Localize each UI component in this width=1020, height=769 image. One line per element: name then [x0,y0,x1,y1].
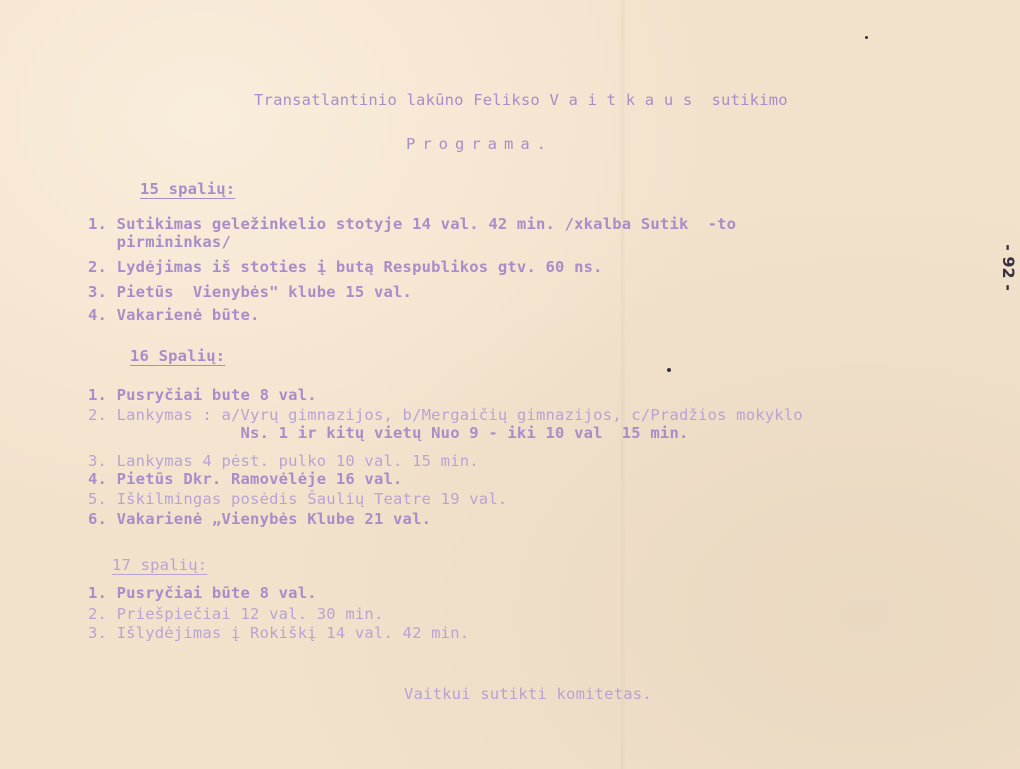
list-item: 1. Pusryčiai būte 8 val. [88,584,317,602]
day-heading-15: 15 spalių: [140,180,235,198]
document-title: Transatlantinio lakūno Felikso V a i t k… [254,91,788,109]
list-item: pirmininkas/ [88,233,231,251]
list-item: 3. Pietūs Vienybės" klube 15 val. [88,283,412,301]
paper-background [0,0,1020,769]
list-item: 6. Vakarienė „Vienybės Klube 21 val. [88,510,431,528]
list-item: 2. Lydėjimas iš stoties į butą Respublik… [88,258,603,276]
list-item: Ns. 1 ir kitų vietų Nuo 9 - iki 10 val 1… [88,424,689,442]
list-item: 4. Vakarienė būte. [88,306,260,324]
list-item: 2. Priešpiečiai 12 val. 30 min. [88,605,384,623]
page-number: - 92 - [999,244,1018,291]
list-item: 2. Lankymas : a/Vyrų gimnazijos, b/Merga… [88,406,803,424]
document-subtitle: Programa. [406,135,553,153]
list-item: 1. Sutikimas geležinkelio stotyje 14 val… [88,215,736,233]
ink-speck [865,36,868,39]
signature: Vaitkui sutikti komitetas. [404,685,652,703]
day-heading-16: 16 Spalių: [130,347,225,365]
list-item: 3. Lankymas 4 pėst. pulko 10 val. 15 min… [88,452,479,470]
list-item: 1. Pusryčiai bute 8 val. [88,386,317,404]
ink-speck [667,368,671,372]
list-item: 3. Išlydėjimas į Rokiškį 14 val. 42 min. [88,624,469,642]
list-item: 4. Pietūs Dkr. Ramovėlėje 16 val. [88,470,403,488]
list-item: 5. Iškilmingas posėdis Šaulių Teatre 19 … [88,490,507,508]
day-heading-17: 17 spalių: [112,556,207,574]
